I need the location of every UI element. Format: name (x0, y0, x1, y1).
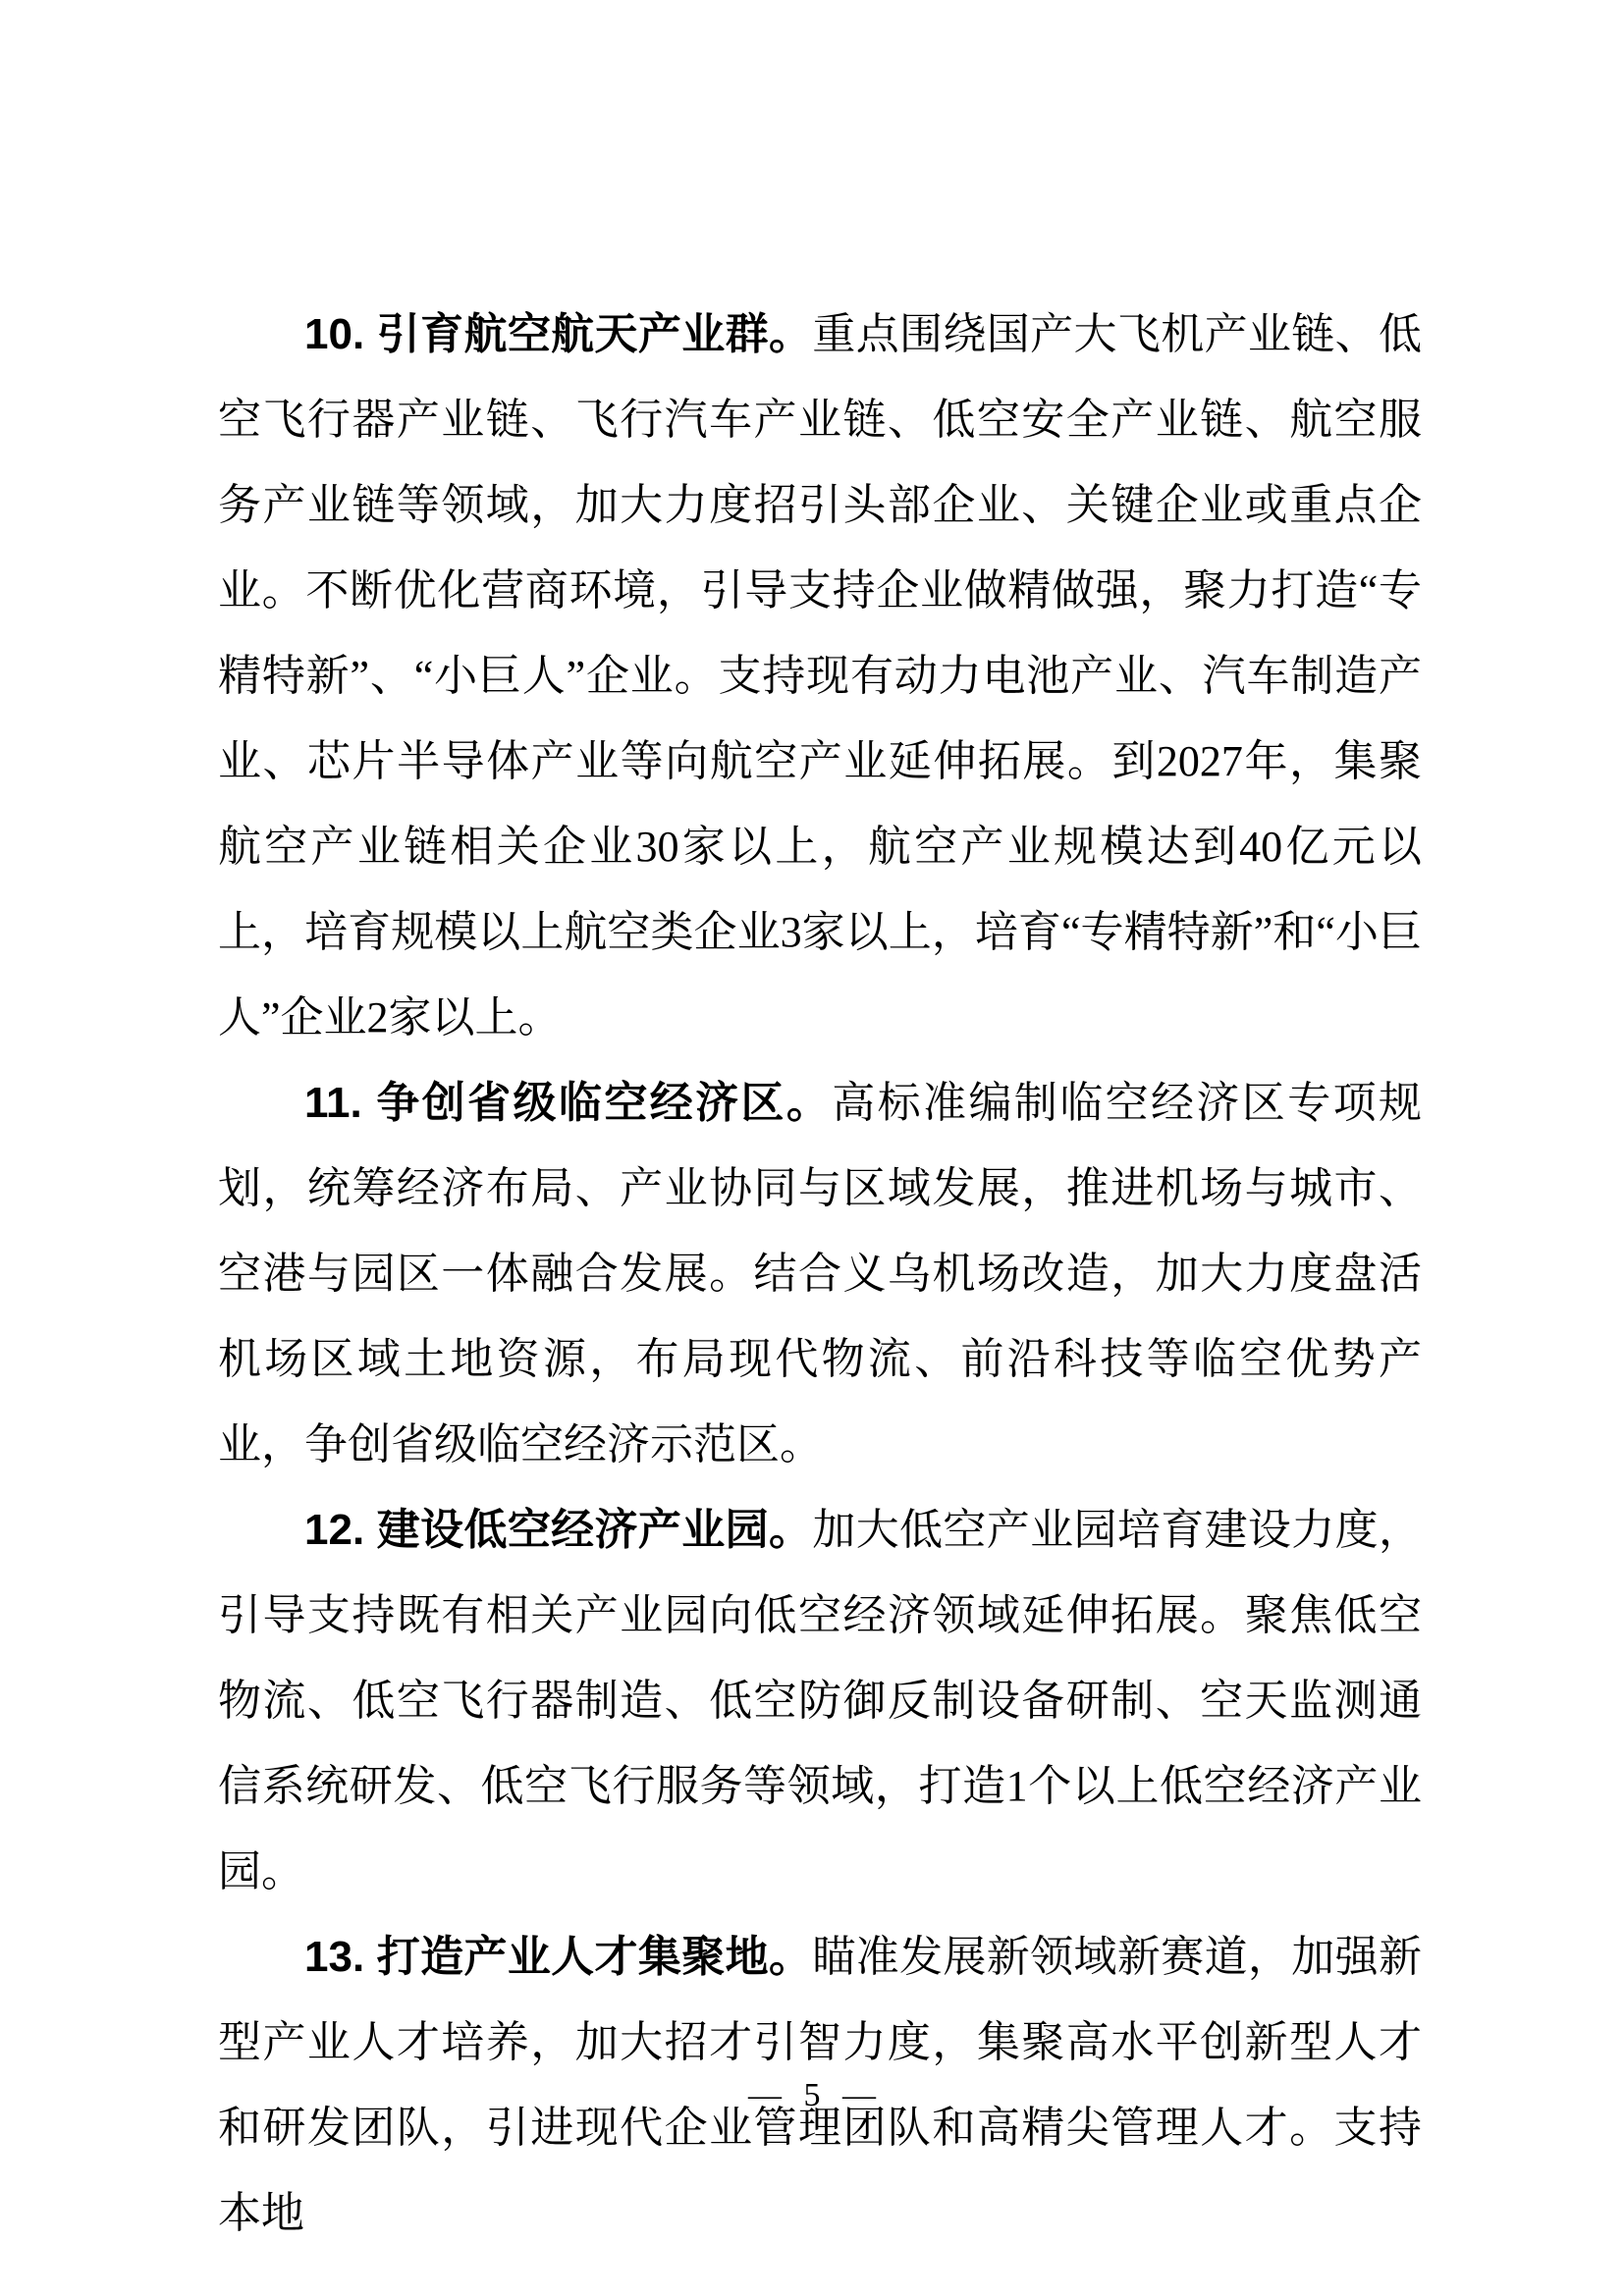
paragraph-10-body: 重点围绕国产大飞机产业链、低空飞行器产业链、飞行汽车产业链、低空安全产业链、航空… (218, 310, 1422, 1041)
paragraph-12: 12. 建设低空经济产业园。加大低空产业园培育建设力度，引导支持既有相关产业园向… (218, 1487, 1422, 1914)
paragraph-13-heading: 13. 打造产业人才集聚地。 (304, 1933, 812, 1981)
paragraph-10: 10. 引育航空航天产业群。重点围绕国产大飞机产业链、低空飞行器产业链、飞行汽车… (218, 292, 1422, 1060)
paragraph-12-body: 加大低空产业园培育建设力度，引导支持既有相关产业园向低空经济领域延伸拓展。聚焦低… (218, 1506, 1422, 1896)
document-page: 10. 引育航空航天产业群。重点围绕国产大飞机产业链、低空飞行器产业链、飞行汽车… (0, 0, 1624, 2296)
paragraph-10-heading: 10. 引育航空航天产业群。 (304, 310, 812, 358)
paragraph-12-heading: 12. 建设低空经济产业园。 (304, 1506, 812, 1554)
page-footer: — 5 — (0, 2075, 1624, 2116)
paragraph-11: 11. 争创省级临空经济区。高标准编制临空经济区专项规划，统筹经济布局、产业协同… (218, 1060, 1422, 1487)
document-body: 10. 引育航空航天产业群。重点围绕国产大飞机产业链、低空飞行器产业链、飞行汽车… (218, 292, 1422, 2256)
paragraph-11-heading: 11. 争创省级临空经济区。 (304, 1079, 832, 1127)
page-number: — 5 — (748, 2077, 876, 2113)
paragraph-11-body: 高标准编制临空经济区专项规划，统筹经济布局、产业协同与区域发展，推进机场与城市、… (218, 1079, 1422, 1468)
